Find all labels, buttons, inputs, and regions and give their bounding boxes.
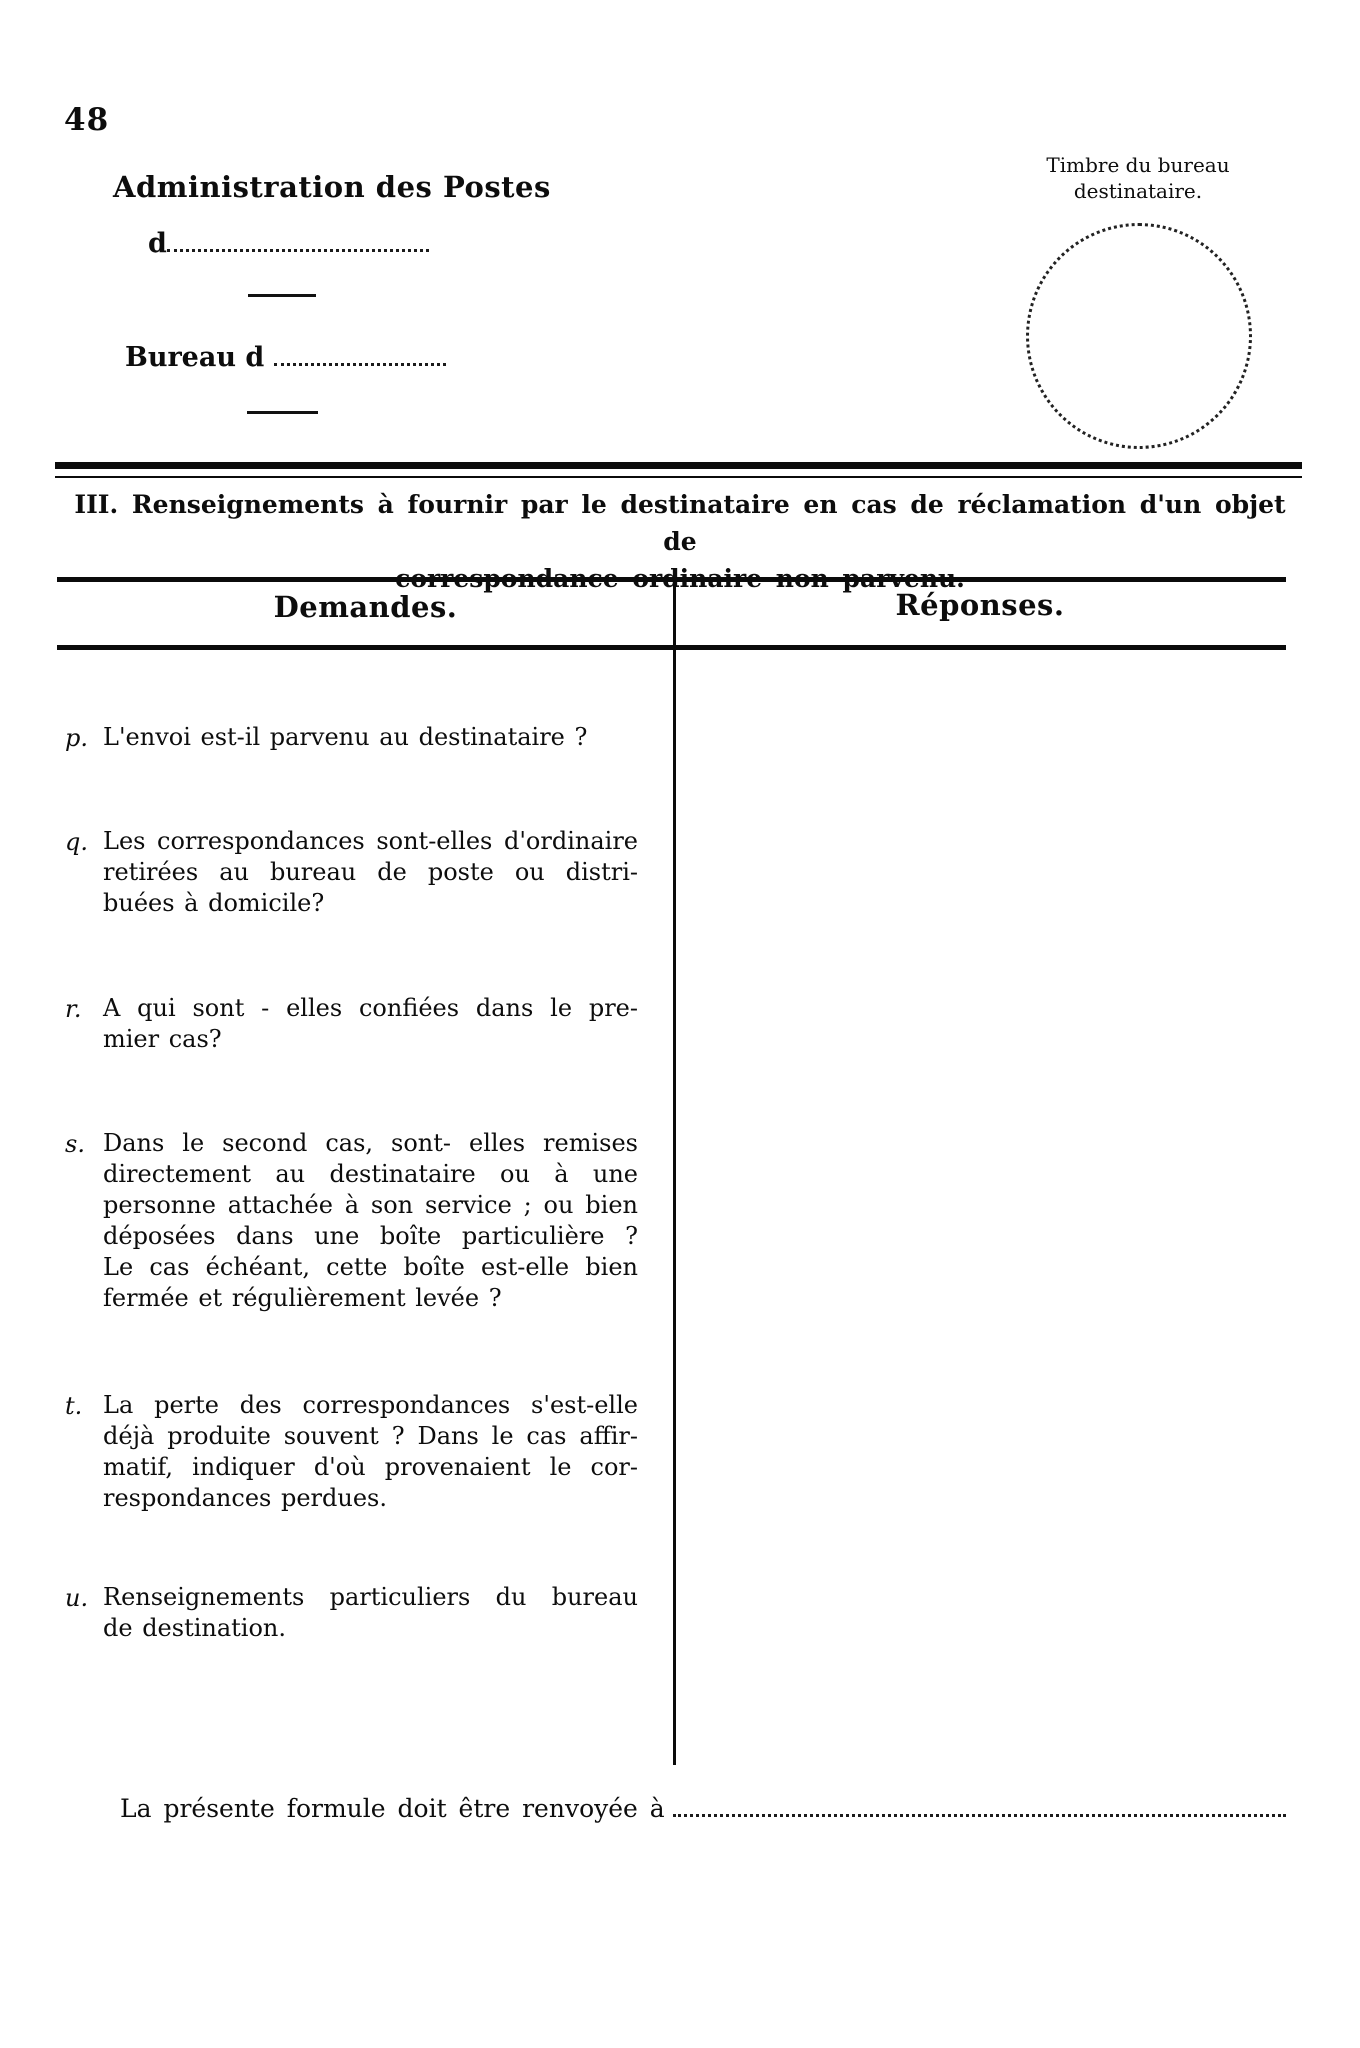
question-row-p: p. L'envoi est-il parvenu au destinatair…: [57, 722, 647, 753]
question-label: u.: [65, 1584, 88, 1612]
question-text: Les correspondances sont-elles d'ordinai…: [103, 826, 638, 919]
question-row-r: r. A qui sont - elles confiées dans le p…: [57, 993, 647, 1055]
scanned-form-page: 48 Administration des Postes d Bureau d …: [0, 0, 1360, 2048]
question-row-u: u. Renseignements particuliers du bureau…: [57, 1582, 647, 1644]
stamp-caption: Timbre du bureaudestinataire.: [1008, 152, 1268, 204]
question-text: L'envoi est-il parvenu au destinataire ?: [103, 722, 638, 753]
question-text: La perte des correspondances s'est-elled…: [103, 1390, 638, 1514]
footer-fill-dotted-line: [673, 1792, 1286, 1817]
question-label: q.: [65, 828, 88, 856]
question-label: r.: [65, 995, 81, 1023]
demandes-column: p. L'envoi est-il parvenu au destinatair…: [57, 0, 674, 2048]
question-row-s: s. Dans le second cas, sont- elles remis…: [57, 1128, 647, 1314]
reponses-column-blank: [676, 650, 1286, 1765]
question-text: A qui sont - elles confiées dans le pre-…: [103, 993, 638, 1055]
question-row-t: t. La perte des correspondances s'est-el…: [57, 1390, 647, 1514]
question-text: Dans le second cas, sont- elles remisesd…: [103, 1128, 638, 1314]
stamp-circle-placeholder: [1026, 223, 1252, 449]
question-label: p.: [65, 724, 88, 752]
table-header-reponses: Réponses.: [674, 588, 1286, 622]
question-label: s.: [65, 1130, 85, 1158]
question-row-q: q. Les correspondances sont-elles d'ordi…: [57, 826, 647, 919]
footer-text: La présente formule doit être renvoyée à: [120, 1794, 665, 1823]
question-text: Renseignements particuliers du bureaude …: [103, 1582, 638, 1644]
question-label: t.: [65, 1392, 82, 1420]
footer-row: La présente formule doit être renvoyée à: [120, 1792, 1286, 1823]
